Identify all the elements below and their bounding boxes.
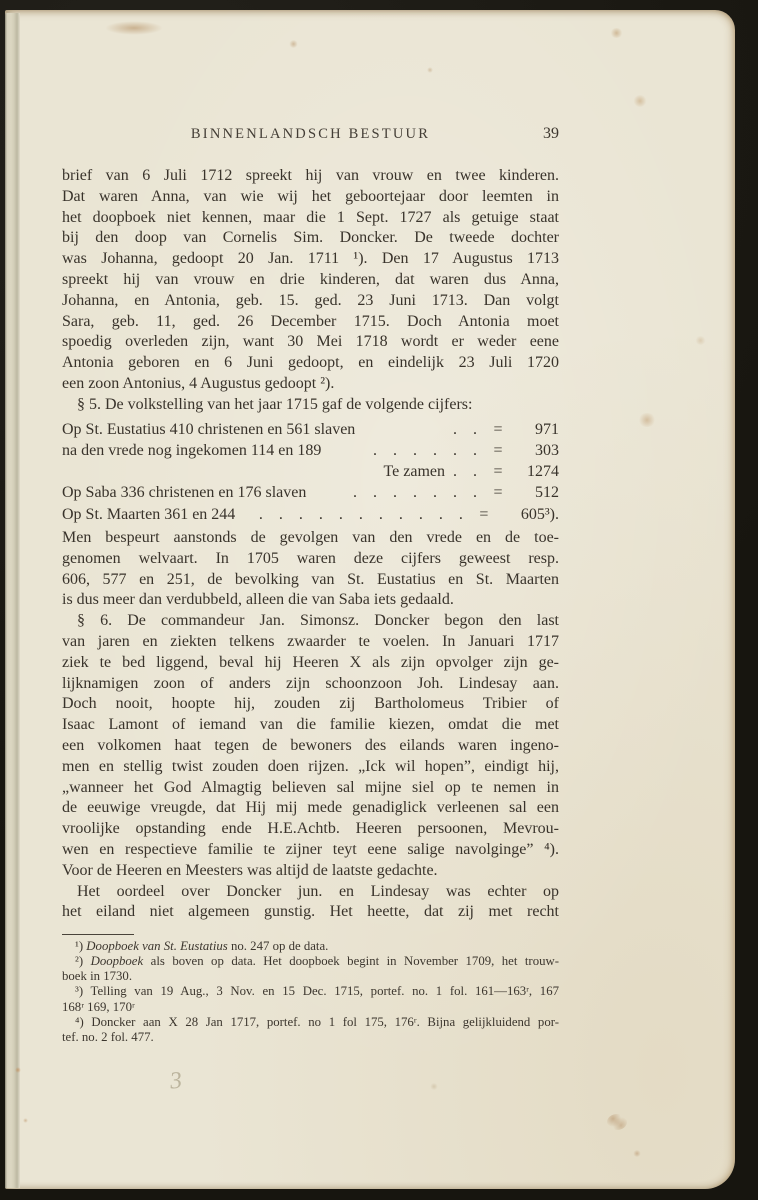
footnote-line: 168ʳ 169, 170ʳ (62, 1000, 559, 1015)
census-label: na den vrede nog ingekomen 114 en 189 (62, 440, 321, 461)
footnote-text: no. 247 op de data. (228, 939, 329, 953)
foxing-stain (23, 1118, 28, 1123)
text-line: Antonia geboren en 6 Juni gedoopt, en ei… (62, 353, 559, 374)
footnote-text: als boven op data. Het doopboek begint i… (143, 954, 559, 968)
footnote-line: ¹) Doopboek van St. Eustatius no. 247 op… (62, 939, 559, 954)
census-value: 303 (513, 440, 559, 461)
footnote-text: Telling van 19 Aug., 3 Nov. en 15 Dec. 1… (83, 984, 559, 998)
page-edge-strip (5, 13, 20, 1188)
text-line: Johanna, en Antonia, geb. 15. ged. 23 Ju… (62, 291, 559, 312)
census-value: 605 (499, 504, 545, 525)
text-line: Isaac Lamont of iemand van die familie k… (62, 715, 559, 736)
footnote-separator (62, 934, 134, 935)
footnote-line: tef. no. 2 fol. 477. (62, 1030, 559, 1045)
text-line: „wanneer het God Almagtig believen sal m… (62, 778, 559, 799)
text-line: is dus meer dan verdubbeld, alleen die v… (62, 590, 559, 611)
census-row: Op St. Maarten 361 en 244. . . . . . . .… (62, 504, 559, 525)
footnote-text: 168ʳ 169, 170ʳ (62, 1000, 135, 1014)
census-row: Op St. Eustatius 410 christenen en 561 s… (62, 419, 559, 440)
equals-sign: = (483, 482, 513, 503)
dot-leader: . . (445, 461, 483, 482)
running-title: BINNENLANDSCH BESTUUR (62, 126, 559, 143)
census-label: Op St. Eustatius 410 christenen en 561 s… (62, 419, 355, 440)
dot-leader: . . . . . . (365, 440, 483, 461)
dot-leader: . . . . . . . . . . . (251, 504, 469, 525)
dot-leader: . . . . . . . (345, 482, 483, 503)
text-line: Dat waren Anna, van wie wij het geboorte… (62, 187, 559, 208)
text-line: genomen welvaart. In 1705 waren deze cij… (62, 549, 559, 570)
census-value: 971 (513, 419, 559, 440)
page-header: BINNENLANDSCH BESTUUR 39 (62, 126, 559, 145)
census-table: Op St. Eustatius 410 christenen en 561 s… (62, 419, 559, 525)
footnote-marker: ¹) (75, 939, 83, 953)
page-content: BINNENLANDSCH BESTUUR 39 brief van 6 Jul… (62, 10, 559, 1045)
text-line: lijknamigen zoon of anders zijn schoonzo… (62, 674, 559, 695)
footnote-line: ³) Telling van 19 Aug., 3 Nov. en 15 Dec… (62, 984, 559, 999)
text-line: Doch nooit, hoopte hij, zouden zij Barth… (62, 694, 559, 715)
text-line: was Johanna, gedoopt 20 Jan. 1711 ¹). De… (62, 249, 559, 270)
main-text: brief van 6 Juli 1712 spreekt hij van vr… (62, 166, 559, 923)
text-line: van jaren en ziekten telkens zwaarder te… (62, 632, 559, 653)
text-line: bij den doop van Cornelis Sim. Doncker. … (62, 228, 559, 249)
text-line: § 5. De volkstelling van het jaar 1715 g… (62, 395, 559, 416)
text-line: ziek te bed liggend, beval hij Heeren X … (62, 653, 559, 674)
census-label: Op St. Maarten 361 en 244 (62, 504, 235, 525)
foxing-stain (695, 336, 706, 345)
pencil-mark: 3 (169, 1067, 184, 1095)
paragraph-4: Het oordeel over Doncker jun. en Lindesa… (62, 882, 559, 924)
footnote-line: boek in 1730. (62, 969, 559, 984)
text-line: spreekt hij van vrouw en drie kinderen, … (62, 270, 559, 291)
text-line: Sara, geb. 11, ged. 26 December 1715. Do… (62, 312, 559, 333)
paragraph-3: § 6. De commandeur Jan. Simonsz. Doncker… (62, 611, 559, 881)
footnote-text: boek in 1730. (62, 969, 132, 983)
text-line: een zoon Antonius, 4 Augustus gedoopt ²)… (62, 374, 559, 395)
footnote-marker: ⁴) (75, 1015, 84, 1029)
text-line: Men bespeurt aanstonds de gevolgen van d… (62, 528, 559, 549)
text-line: Voor de Heeren en Meesters was altijd de… (62, 861, 559, 882)
footnote-marker: ³) (75, 984, 83, 998)
dot-leader: . . (445, 419, 483, 440)
footnotes: ¹) Doopboek van St. Eustatius no. 247 op… (62, 939, 559, 1045)
census-row: Op Saba 336 christenen en 176 slaven. . … (62, 482, 559, 503)
page-number: 39 (543, 125, 559, 143)
footnote-italic: Doopboek van St. Eustatius (83, 939, 228, 953)
text-line: 606, 577 en 251, de bevolking van St. Eu… (62, 570, 559, 591)
text-line: het eiland niet algemeen gunstig. Het he… (62, 902, 559, 923)
foxing-stain (607, 1114, 627, 1130)
foxing-stain (430, 1083, 438, 1090)
text-line: vroolijke opstanding ende H.E.Achtb. Hee… (62, 819, 559, 840)
text-line: wen en respectieve familie te zijner tey… (62, 840, 559, 861)
book-page: 3 BINNENLANDSCH BESTUUR 39 brief van 6 J… (5, 10, 735, 1189)
text-line: brief van 6 Juli 1712 spreekt hij van vr… (62, 166, 559, 187)
equals-sign: = (483, 440, 513, 461)
equals-sign: = (483, 419, 513, 440)
census-value: 512 (513, 482, 559, 503)
foxing-stain (633, 95, 647, 107)
footnote-line: ²) Doopboek als boven op data. Het doopb… (62, 954, 559, 969)
foxing-stain (610, 28, 623, 38)
census-row: na den vrede nog ingekomen 114 en 189. .… (62, 440, 559, 461)
foxing-stain (633, 1150, 641, 1157)
text-line: spoedig overleden zijn, want 30 Mei 1718… (62, 332, 559, 353)
census-row: Te zamen. .=1274 (62, 461, 559, 482)
text-line: men en stellig twist zouden doen rijzen.… (62, 757, 559, 778)
equals-sign: = (469, 504, 499, 525)
text-line: de eeuwige vreugde, dat Hij mij mede gen… (62, 798, 559, 819)
census-label: Op Saba 336 christenen en 176 slaven (62, 482, 306, 503)
text-line: § 6. De commandeur Jan. Simonsz. Doncker… (62, 611, 559, 632)
paragraph-1: brief van 6 Juli 1712 spreekt hij van vr… (62, 166, 559, 416)
equals-sign: = (483, 461, 513, 482)
text-line: een volkomen haat tegen de bewoners des … (62, 736, 559, 757)
footnote-text: tef. no. 2 fol. 477. (62, 1030, 154, 1044)
footnote-text: Doncker aan X 28 Jan 1717, portef. no 1 … (84, 1015, 559, 1029)
census-suffix: ³). (545, 504, 559, 525)
paragraph-2: Men bespeurt aanstonds de gevolgen van d… (62, 528, 559, 611)
text-line: het doopboek niet kennen, maar die 1 Sep… (62, 208, 559, 229)
text-line: Het oordeel over Doncker jun. en Lindesa… (62, 882, 559, 903)
census-value: 1274 (513, 461, 559, 482)
census-pre: Te zamen (383, 461, 445, 482)
footnote-italic: Doopboek (83, 954, 143, 968)
footnote-marker: ²) (75, 954, 83, 968)
foxing-stain (638, 413, 656, 427)
footnote-line: ⁴) Doncker aan X 28 Jan 1717, portef. no… (62, 1015, 559, 1030)
